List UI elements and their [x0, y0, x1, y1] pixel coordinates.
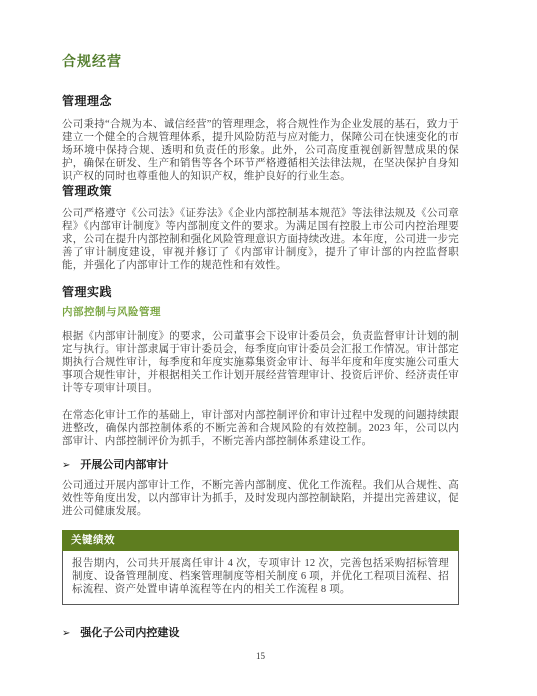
page-title: 合规经营 — [62, 55, 459, 71]
arrow-bullet-icon: ➢ — [62, 627, 70, 640]
paragraph-audit-rectification: 在常态化审计工作的基础上，审计部对内部控制评价和审计过程中发现的问题持续跟进整改… — [62, 409, 459, 448]
bullet-label-subsidiary-control: 强化子公司内控建设 — [80, 627, 179, 640]
document-page: 合规经营 管理理念 公司秉持“合规为本、诚信经营”的管理理念，将合规性作为企业发… — [0, 0, 537, 696]
heading-management-philosophy: 管理理念 — [62, 95, 459, 108]
bullet-label-internal-audit: 开展公司内部审计 — [80, 459, 168, 472]
subheading-internal-control-risk: 内部控制与风险管理 — [62, 306, 459, 319]
heading-management-policy: 管理政策 — [62, 185, 459, 198]
page-number: 15 — [62, 651, 459, 662]
key-performance-header: 关键绩效 — [62, 530, 459, 551]
paragraph-management-philosophy: 公司秉持“合规为本、诚信经营”的管理理念，将合规性作为企业发展的基石，致力于建立… — [62, 118, 459, 183]
bullet-item-subsidiary-control: ➢ 强化子公司内控建设 — [62, 627, 459, 640]
paragraph-audit-committee: 根据《内部审计制度》的要求，公司董事会下设审计委员会，负责监督审计计划的制定与执… — [62, 330, 459, 395]
paragraph-internal-audit: 公司通过开展内部审计工作，不断完善内部制度、优化工作流程。我们从合规性、高效性等… — [62, 479, 459, 518]
arrow-bullet-icon: ➢ — [62, 459, 70, 472]
page-content: 合规经营 管理理念 公司秉持“合规为本、诚信经营”的管理理念，将合规性作为企业发… — [62, 55, 459, 662]
key-performance-box: 关键绩效 报告期内，公司共开展离任审计 4 次，专项审计 12 次，完善包括采购… — [62, 530, 459, 605]
bullet-item-internal-audit: ➢ 开展公司内部审计 — [62, 459, 459, 472]
heading-management-practice: 管理实践 — [62, 286, 459, 299]
key-performance-body: 报告期内，公司共开展离任审计 4 次，专项审计 12 次，完善包括采购招标管理制… — [62, 551, 459, 605]
paragraph-management-policy: 公司严格遵守《公司法》《证券法》《企业内部控制基本规范》等法律法规及《公司章程》… — [62, 207, 459, 272]
